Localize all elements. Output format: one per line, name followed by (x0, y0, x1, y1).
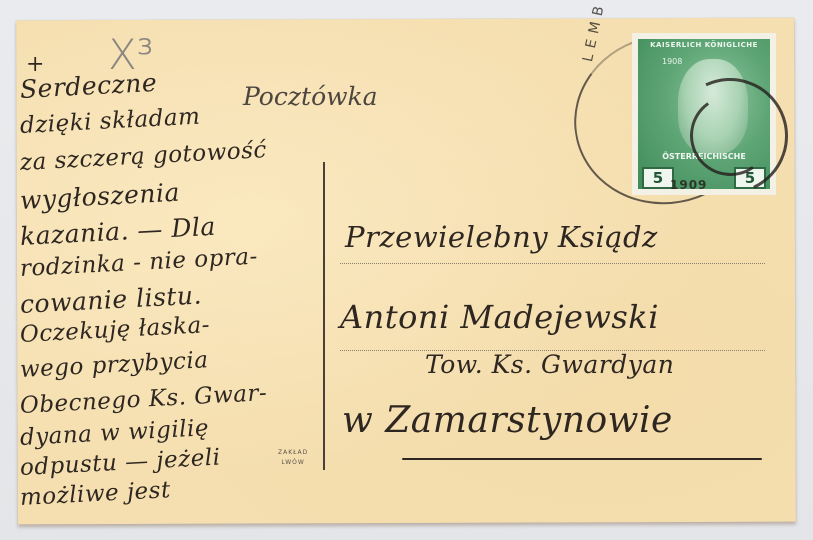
stamp-year: 1908 (662, 57, 682, 66)
address-line-1 (340, 263, 765, 264)
address-line: w Zamarstynowie (342, 400, 673, 441)
imprint-line: LWÓW (278, 458, 308, 468)
address-line: Przewielebny Ksiądz (345, 220, 658, 254)
postmark-date: 1909 (670, 178, 707, 192)
address-line: Antoni Madejewski (340, 298, 659, 336)
printed-title: Pocztówka (243, 82, 378, 111)
address-line: Tow. Ks. Gwardyan (425, 350, 674, 379)
stamp-top-text: KAISERLICH KÖNIGLICHE (638, 41, 770, 49)
vertical-divider (323, 162, 325, 470)
address-underline (402, 458, 762, 460)
publisher-imprint: ZAKŁAD LWÓW (278, 448, 308, 468)
imprint-line: ZAKŁAD (278, 448, 308, 458)
